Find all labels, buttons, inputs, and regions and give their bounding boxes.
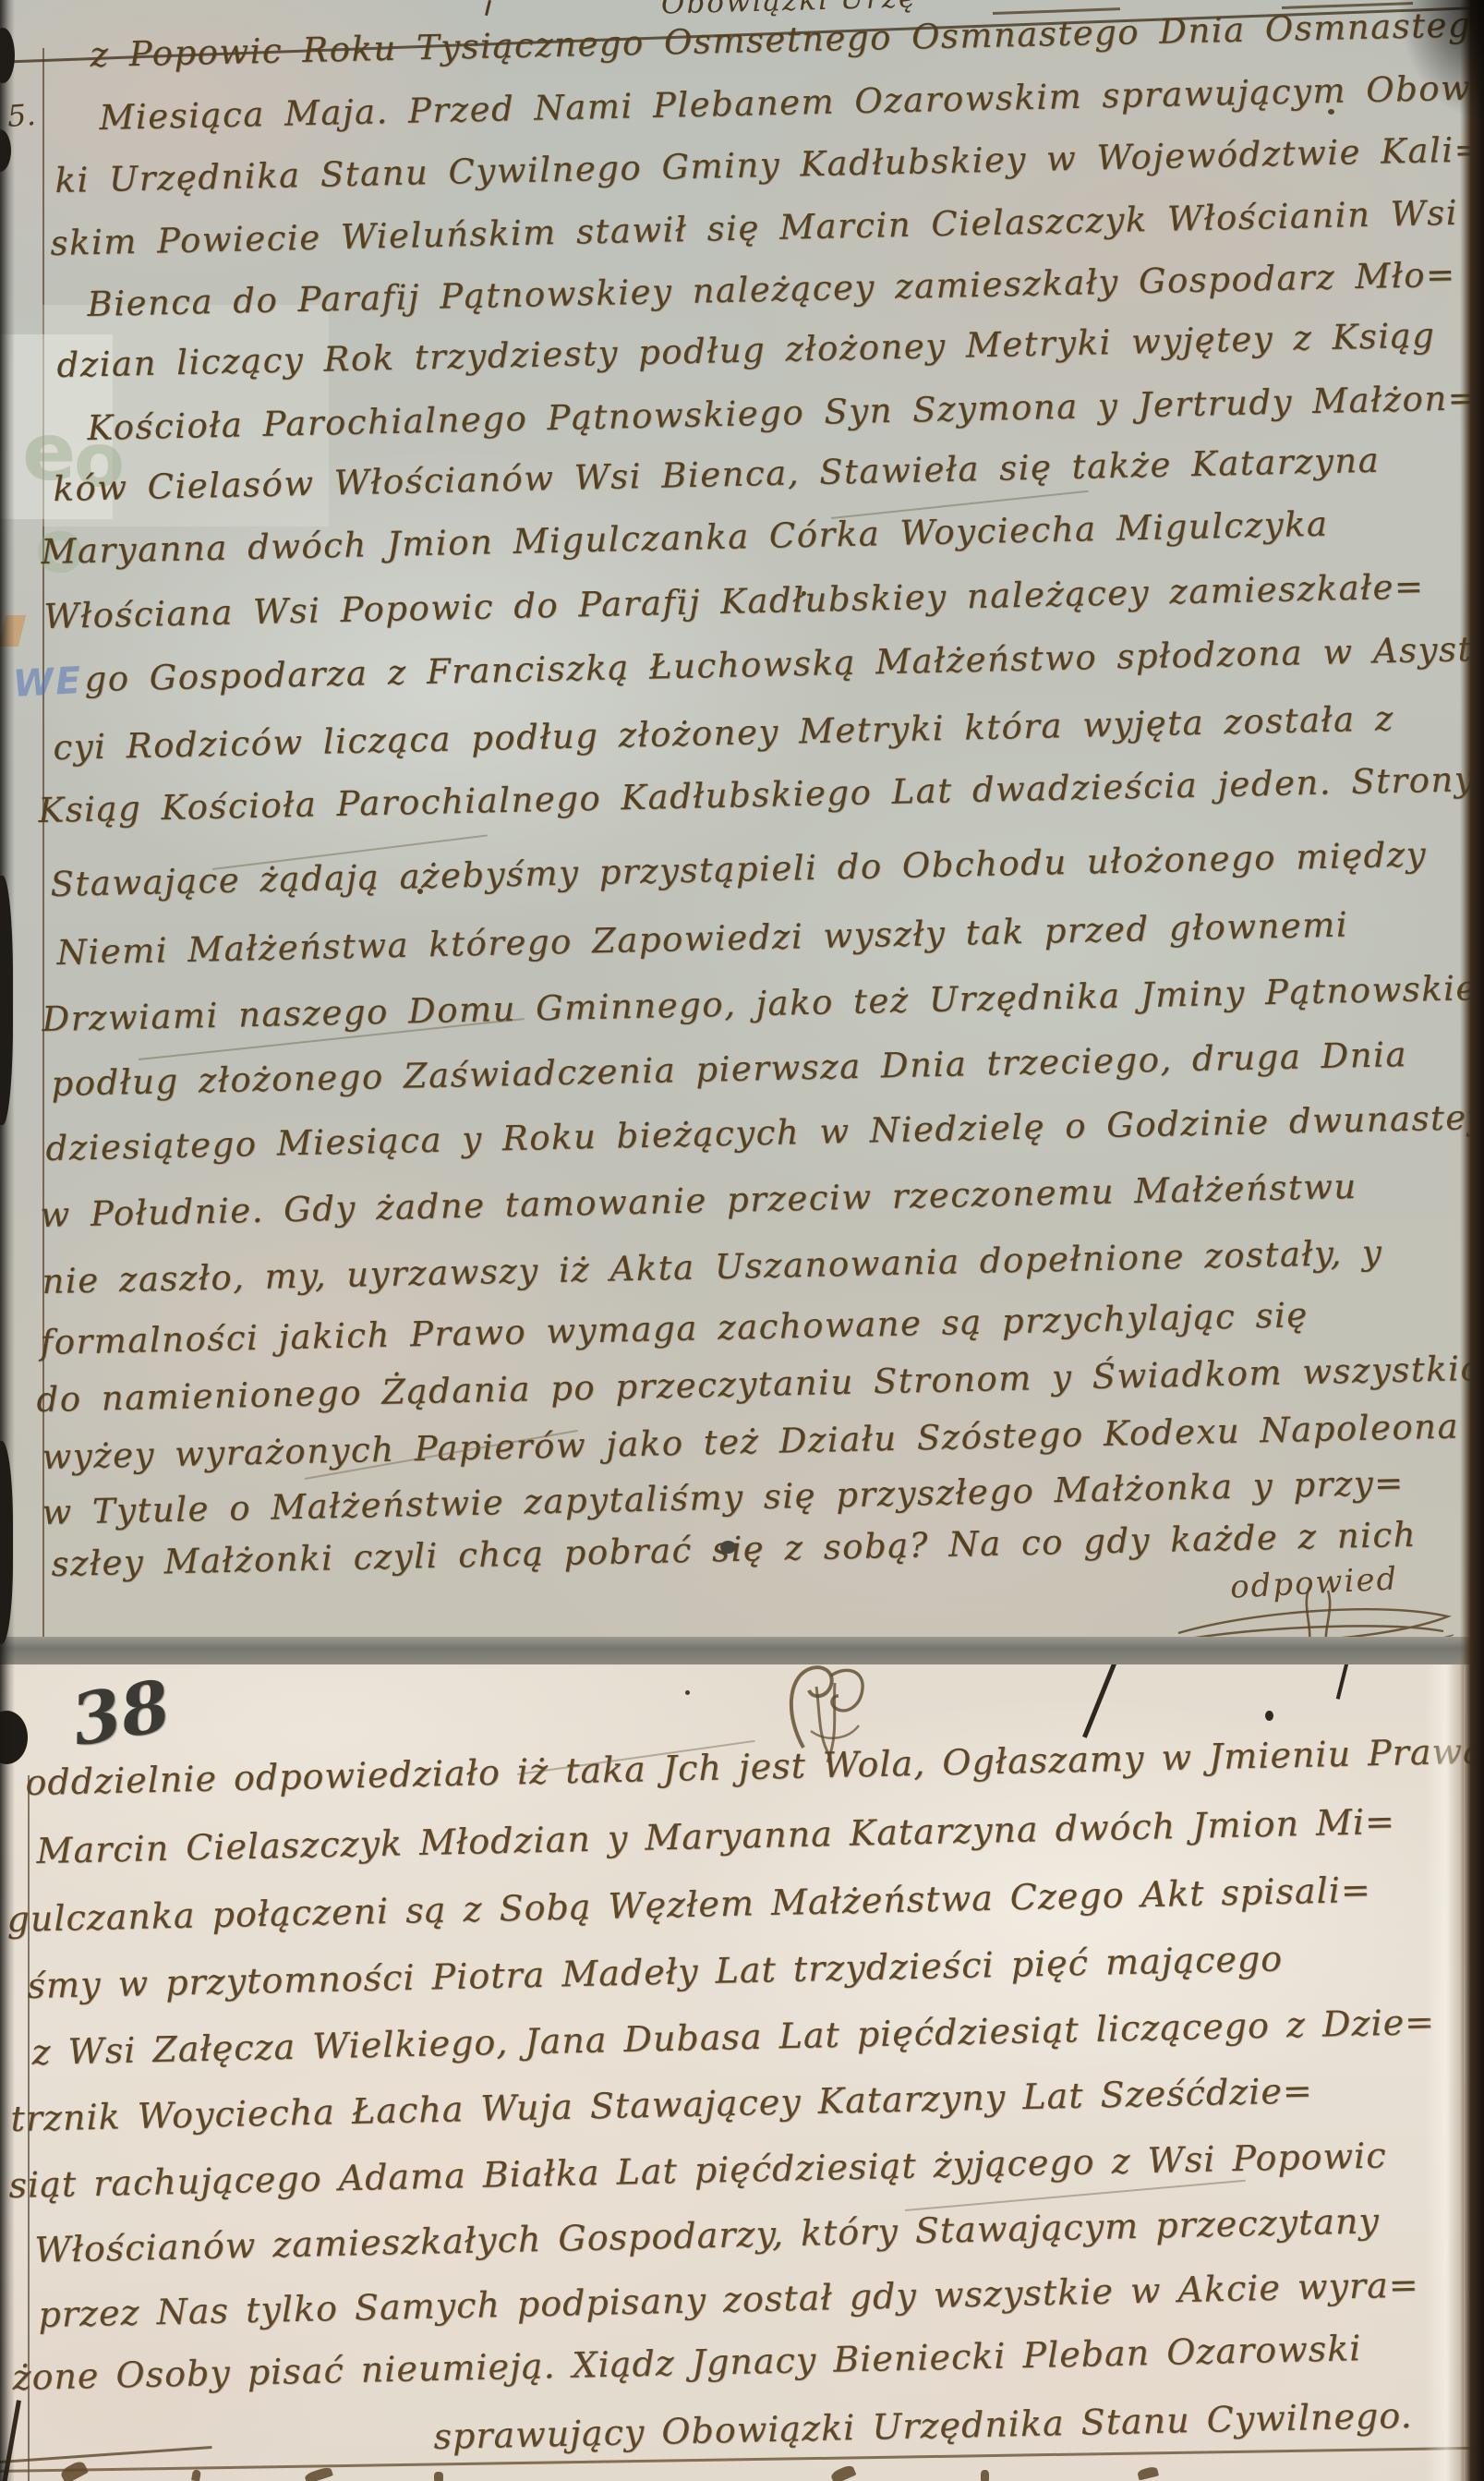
manuscript-line: cyi Rodziców licząca podług złożoney Met… xyxy=(53,698,1394,768)
next-record-fragment xyxy=(59,2459,89,2481)
next-record-fragment xyxy=(829,2463,856,2481)
ink-slash xyxy=(1336,1664,1350,1700)
pen-flourish xyxy=(1171,1585,1466,1637)
manuscript-line: z Wsi Załęcza Wielkiego, Jana Dubasa Lat… xyxy=(31,2002,1435,2073)
page-2: 38 oddzielnie odpowiedziało iż taka Jch … xyxy=(0,1664,1484,2481)
manuscript-line: Ksiąg Kościoła Parochialnego Kadłubskieg… xyxy=(38,759,1476,830)
ink-spot xyxy=(1265,1711,1273,1721)
next-record-fragment xyxy=(434,2472,443,2481)
ink-spot xyxy=(1328,109,1334,115)
ink-spot xyxy=(802,591,806,596)
manuscript-line: do namienionego Żądania po przeczytaniu … xyxy=(36,1348,1484,1420)
register-book-scan: Obowiązki Urzę 5. e o o WE z Popowic Rok… xyxy=(0,0,1484,2481)
watermark-letters-blue: WE xyxy=(12,660,84,706)
book-right-edge xyxy=(1460,0,1484,2481)
page-gutter xyxy=(0,1637,1484,1664)
page-curl-highlight xyxy=(1425,1664,1464,2481)
manuscript-line: Włościanów zamieszkałych Gospodarzy, któ… xyxy=(34,2200,1380,2270)
manuscript-line: śmy w przytomności Piotra Madeły Lat trz… xyxy=(27,1938,1283,2006)
manuscript-line: nie zaszło, my, uyrzawszy iż Akta Uszano… xyxy=(42,1232,1383,1301)
manuscript-line: Miesiąca Maja. Przed Nami Plebanem Ozaro… xyxy=(99,67,1484,138)
page-number: 38 xyxy=(66,1664,176,1762)
next-record-fragment xyxy=(1137,2466,1159,2481)
manuscript-line: podług złożonego Zaświadczenia pierwsza … xyxy=(51,1035,1407,1104)
corner-shadow xyxy=(1373,0,1484,162)
manuscript-line: Niemi Małżeństwa którego Zapowiedzi wysz… xyxy=(56,904,1348,973)
ink-spot xyxy=(685,1690,690,1695)
manuscript-line: siąt rachującego Adama Białka Lat pięćdz… xyxy=(8,2135,1387,2206)
manuscript-line: skim Powiecie Wieluńskim stawił się Marc… xyxy=(50,193,1458,263)
next-record-fragment xyxy=(304,2466,333,2481)
manuscript-line: dziesiątego Miesiąca y Roku bieżących w … xyxy=(45,1097,1484,1168)
manuscript-line: formalności jakich Prawo wymaga zachowan… xyxy=(40,1295,1309,1362)
bottom-rule-segment xyxy=(0,2446,212,2463)
manuscript-line: trznik Woyciecha Łacha Wuja Stawającey K… xyxy=(10,2070,1313,2139)
manuscript-line: sprawujący Obowiązki Urzędnika Stanu Cyw… xyxy=(433,2395,1413,2457)
page-1: Obowiązki Urzę 5. e o o WE z Popowic Rok… xyxy=(0,0,1484,1637)
ink-spot xyxy=(417,889,423,894)
manuscript-line: Drzwiami naszego Domu Gminnego, jako też… xyxy=(42,968,1484,1039)
header-stroke-fragment xyxy=(485,0,491,16)
manuscript-line: w Południe. Gdy żadne tamowanie przeciw … xyxy=(40,1167,1357,1235)
ink-slash xyxy=(1082,1664,1116,1738)
next-record-fragment xyxy=(981,2470,989,2481)
manuscript-line: Włościana Wsi Popowic do Parafij Kadłubs… xyxy=(43,566,1425,636)
manuscript-line: go Gospodarza z Franciszką Łuchowską Mał… xyxy=(84,627,1484,699)
book-left-edge xyxy=(0,0,15,2481)
manuscript-line: ki Urzędnika Stanu Cywilnego Gminy Kadłu… xyxy=(54,129,1484,200)
manuscript-line: żone Osoby pisać nieumieją. Xiądz Jgnacy… xyxy=(12,2328,1362,2398)
ink-spot xyxy=(720,1541,736,1554)
next-record-fragment xyxy=(191,2469,201,2481)
manuscript-line: Bienca do Parafij Pątnowskiey należącey … xyxy=(87,255,1456,324)
manuscript-line: Marcin Cielaszczyk Młodzian y Maryanna K… xyxy=(36,1801,1395,1871)
manuscript-line: przez Nas tylko Samych podpisany został … xyxy=(38,2264,1419,2335)
manuscript-line: Stawające żądają ażebyśmy przystąpieli d… xyxy=(50,834,1427,904)
manuscript-line: gulczanka połączeni są z Sobą Węzłem Mał… xyxy=(6,1870,1371,1940)
